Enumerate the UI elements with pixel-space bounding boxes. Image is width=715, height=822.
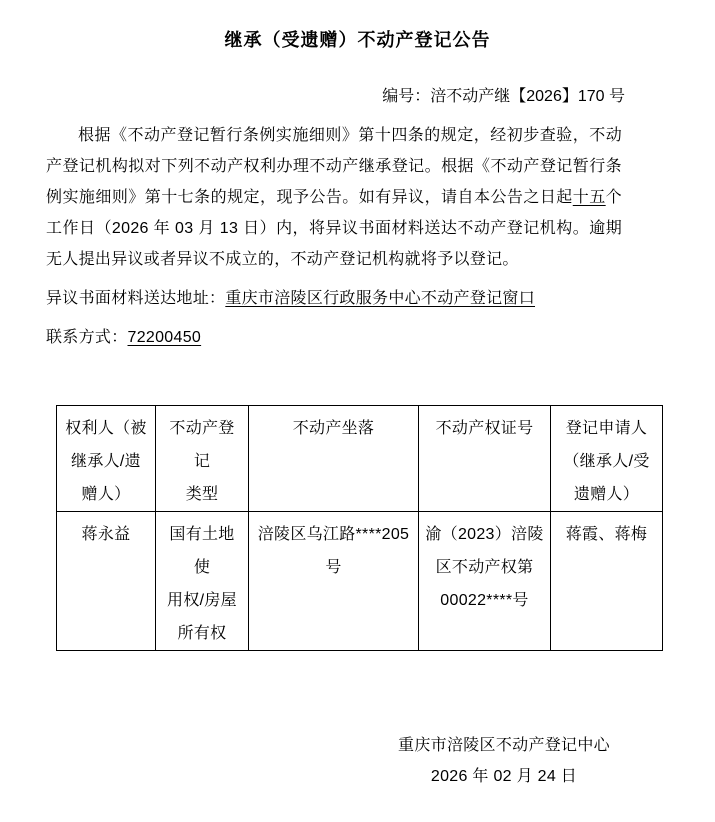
notice-document: 继承（受遗赠）不动产登记公告 编号：涪不动产继【2026】170 号 根据《不动…	[0, 0, 715, 822]
page-title: 继承（受遗赠）不动产登记公告	[0, 26, 715, 52]
contact-label: 联系方式：	[46, 329, 128, 346]
address-label: 异议书面材料送达地址：	[46, 290, 225, 307]
cell-registration-type: 国有土地使 用权/房屋 所有权	[156, 512, 249, 651]
contact-value: 72200450	[128, 329, 202, 346]
header-registration-type: 不动产登记 类型	[156, 406, 249, 512]
cell-certificate-number: 渝（2023）涪陵 区不动产权第 00022****号	[419, 512, 551, 651]
header-certificate-number: 不动产权证号	[419, 406, 551, 512]
issuing-organization: 重庆市涪陵区不动产登记中心	[354, 730, 654, 761]
notice-body: 根据《不动产登记暂行条例实施细则》第十四条的规定，经初步查验，不动产登记机构拟对…	[46, 120, 622, 275]
address-line: 异议书面材料送达地址：重庆市涪陵区行政服务中心不动产登记窗口	[46, 283, 535, 314]
issue-date: 2026 年 02 月 24 日	[354, 761, 654, 792]
table-row: 蒋永益 国有土地使 用权/房屋 所有权 涪陵区乌江路****205 号 渝（20…	[57, 512, 663, 651]
doc-number: 编号：涪不动产继【2026】170 号	[382, 85, 625, 109]
contact-line: 联系方式：72200450	[46, 322, 201, 353]
signature-block: 重庆市涪陵区不动产登记中心 2026 年 02 月 24 日	[354, 730, 654, 792]
header-rights-holder: 权利人（被 继承人/遗 赠人）	[57, 406, 156, 512]
header-property-location: 不动产坐落	[249, 406, 419, 512]
cell-rights-holder: 蒋永益	[57, 512, 156, 651]
property-table: 权利人（被 继承人/遗 赠人） 不动产登记 类型 不动产坐落 不动产权证号 登记…	[56, 405, 663, 651]
cell-applicant: 蒋霞、蒋梅	[551, 512, 663, 651]
table-header-row: 权利人（被 继承人/遗 赠人） 不动产登记 类型 不动产坐落 不动产权证号 登记…	[57, 406, 663, 512]
deadline-days-underlined: 十五	[573, 189, 606, 206]
header-applicant: 登记申请人 （继承人/受 遗赠人）	[551, 406, 663, 512]
cell-property-location: 涪陵区乌江路****205 号	[249, 512, 419, 651]
address-value: 重庆市涪陵区行政服务中心不动产登记窗口	[225, 290, 535, 307]
body-text-part1: 根据《不动产登记暂行条例实施细则》第十四条的规定，经初步查验，不动产登记机构拟对…	[46, 127, 622, 206]
